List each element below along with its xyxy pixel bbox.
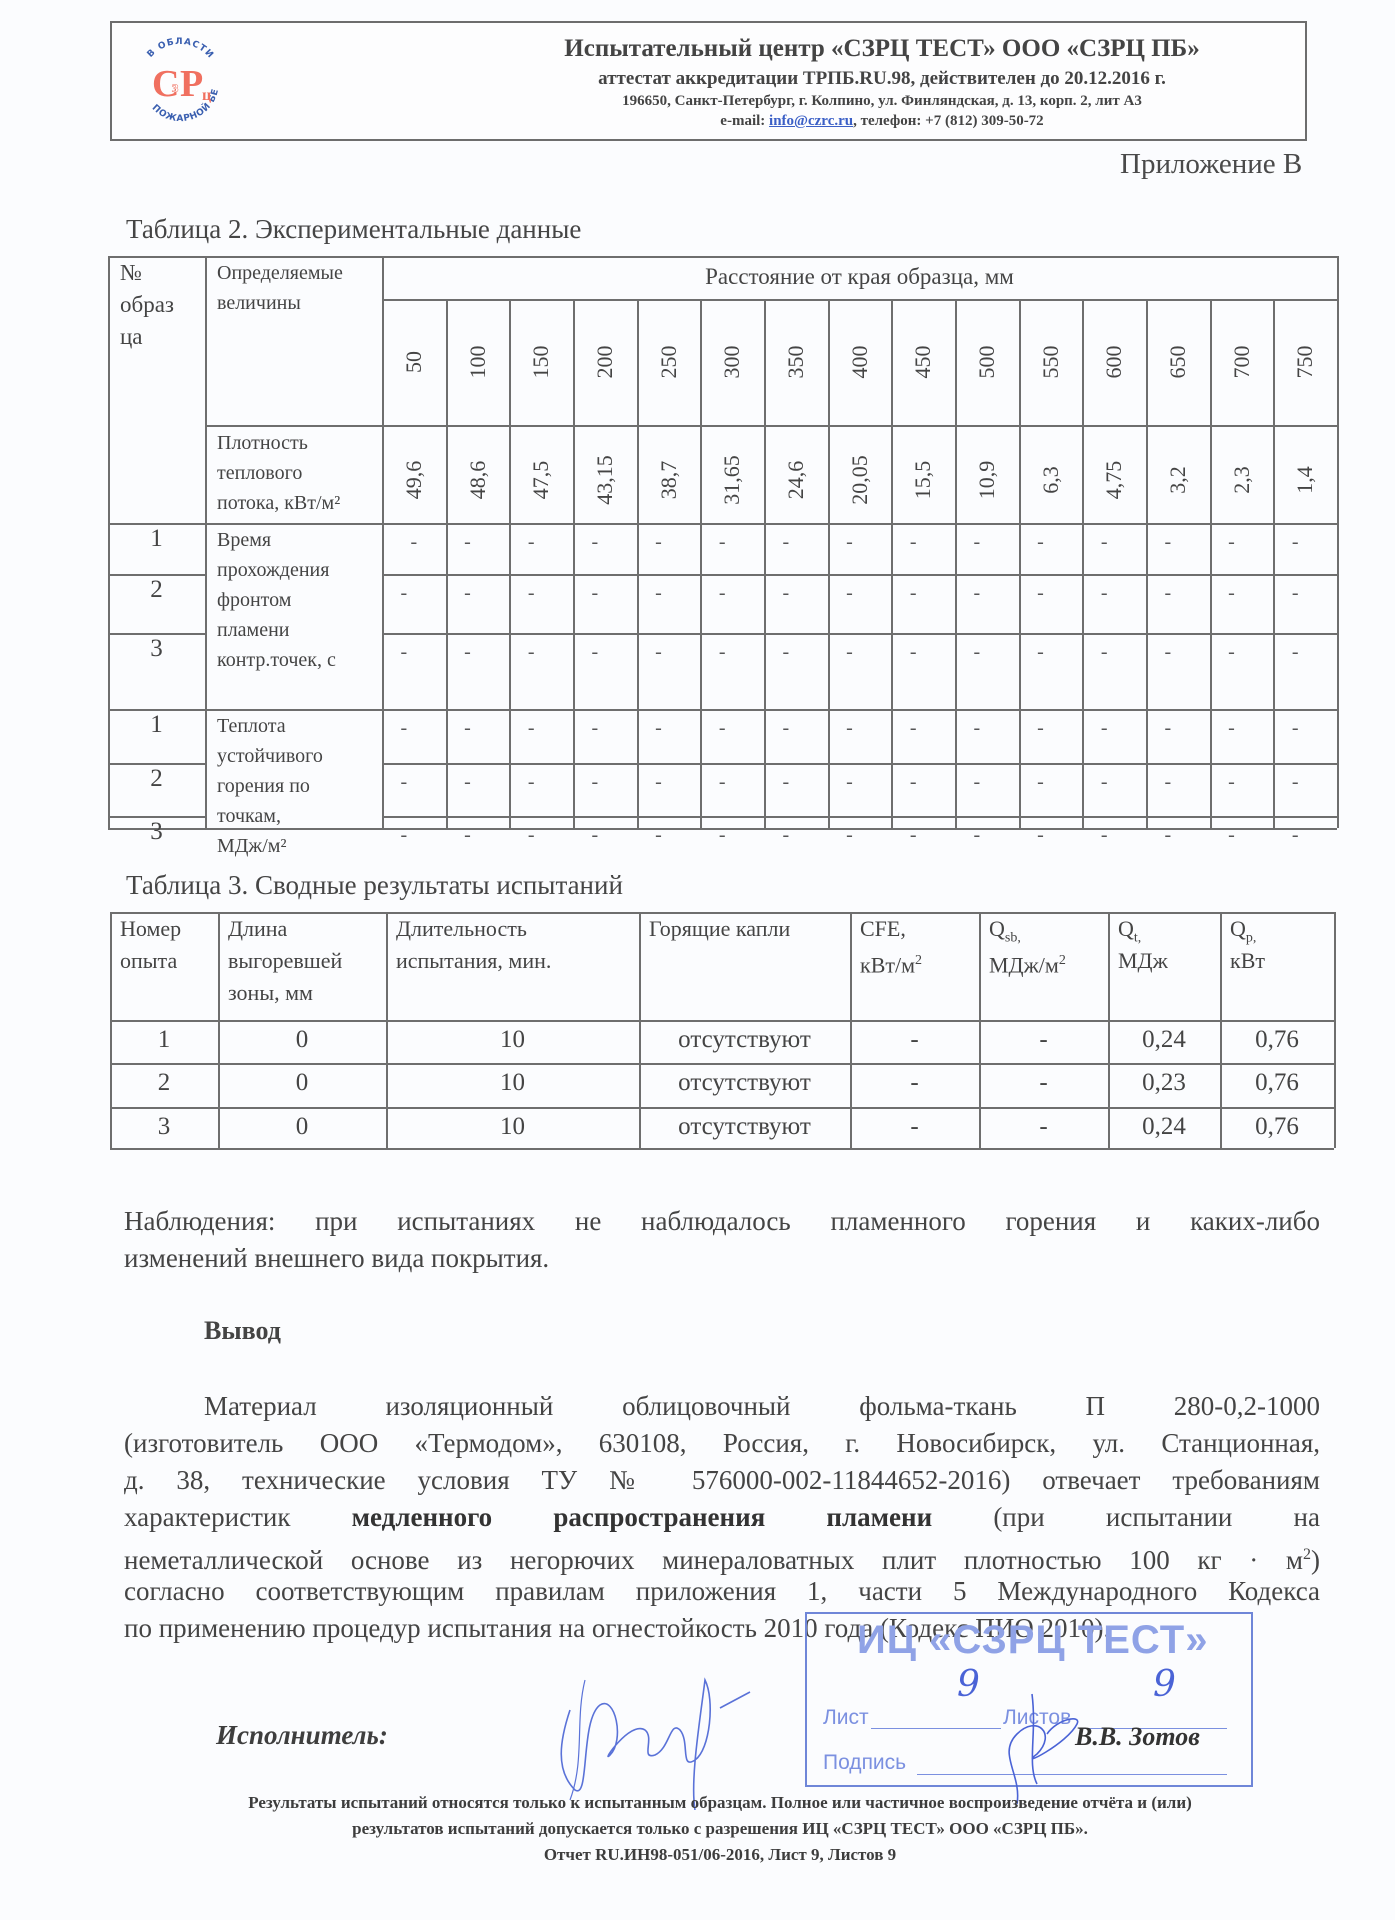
table-cell: -	[1037, 582, 1044, 605]
conclusion-paragraph: Материал изоляционный облицовочный фольм…	[124, 1388, 1320, 1647]
szrc-logo-icon: В ОБЛАСТИ ПОЖАРНОЙ БЕЗОПАСНОСТИ С з Р ц	[128, 30, 232, 134]
sample-number: 2	[108, 765, 205, 793]
table3-cell: 2	[110, 1069, 218, 1097]
table3-header: выгоревшей	[228, 946, 342, 976]
conclusion-heading: Вывод	[204, 1316, 281, 1346]
text-line: согласно соответствующим правилам прилож…	[124, 1573, 1320, 1610]
table-rule	[382, 633, 1337, 635]
table-cell: -	[1292, 582, 1299, 605]
heat-flux-value: 1,4	[1292, 466, 1318, 494]
table3-cell: отсутствуют	[639, 1026, 850, 1054]
table-cell: -	[846, 641, 853, 664]
table-cell: -	[591, 771, 598, 794]
table-cell: -	[591, 531, 598, 554]
table3-cell: 0	[218, 1069, 386, 1097]
table-cell: -	[1228, 582, 1235, 605]
table-cell: -	[846, 717, 853, 740]
heat-flux-value: 49,6	[401, 461, 427, 500]
table-cell: -	[1164, 717, 1171, 740]
table-cell: -	[910, 717, 917, 740]
table-cell: -	[719, 824, 726, 847]
table3-cell: 10	[386, 1069, 639, 1097]
table-cell: -	[655, 717, 662, 740]
table-cell: -	[846, 531, 853, 554]
table-cell: -	[655, 824, 662, 847]
table3-cell: 10	[386, 1026, 639, 1054]
email-label: e-mail:	[720, 113, 769, 129]
table-cell: -	[1101, 582, 1108, 605]
stamp-sheets-value: 9	[1153, 1664, 1176, 1705]
table-cell: -	[1228, 771, 1235, 794]
table-cell: -	[719, 771, 726, 794]
table-rule	[700, 299, 702, 828]
table-cell: -	[410, 531, 417, 554]
table-cell: -	[528, 824, 535, 847]
distance-value: 600	[1101, 346, 1127, 379]
table-cell: -	[400, 717, 407, 740]
text-line: характеристик медленного распространения…	[124, 1499, 1320, 1536]
table-rule	[382, 763, 1337, 765]
table3-cell: 0,23	[1108, 1069, 1220, 1097]
table-rule	[110, 1107, 1334, 1109]
group-label: пламени	[217, 615, 290, 645]
table-cell: -	[1164, 824, 1171, 847]
table3-header: кВт	[1230, 946, 1265, 976]
distance-value: 400	[847, 346, 873, 379]
table-cell: -	[464, 641, 471, 664]
table3-header: Горящие капли	[649, 914, 790, 944]
table-cell: -	[1164, 641, 1171, 664]
table-rule	[573, 299, 575, 828]
table-cell: -	[973, 771, 980, 794]
table-cell: -	[973, 531, 980, 554]
heat-flux-label: потока, кВт/м²	[217, 488, 340, 518]
distance-value: 550	[1038, 346, 1064, 379]
table-cell: -	[528, 771, 535, 794]
stamp-title: ИЦ «СЗРЦ ТЕСТ»	[857, 1618, 1208, 1663]
text-line: Материал изоляционный облицовочный фольм…	[124, 1388, 1320, 1425]
table-rule	[637, 299, 639, 828]
table3-cell: -	[850, 1113, 979, 1141]
heat-flux-value: 31,65	[719, 455, 745, 505]
table-cell: -	[782, 771, 789, 794]
table-cell: -	[782, 641, 789, 664]
svg-text:В ОБЛАСТИ: В ОБЛАСТИ	[146, 37, 216, 61]
table-rule	[1019, 299, 1021, 828]
stamp-sign-label: Подпись	[823, 1751, 906, 1775]
table-cell: -	[1292, 531, 1299, 554]
table-cell: -	[464, 531, 471, 554]
table-cell: -	[528, 531, 535, 554]
table-rule	[108, 709, 1337, 711]
table-cell: -	[591, 641, 598, 664]
table3-cell: 3	[110, 1113, 218, 1141]
col-quantity-header: величины	[217, 288, 301, 318]
table-cell: -	[591, 582, 598, 605]
table3-header: кВт/м2	[860, 946, 922, 980]
table3-cell: -	[850, 1026, 979, 1054]
heat-flux-label: Плотность	[217, 428, 308, 458]
table-cell: -	[464, 582, 471, 605]
contacts: e-mail: info@czrc.ru, телефон: +7 (812) …	[412, 113, 1352, 130]
footer-line: Результаты испытаний относятся только к …	[110, 1790, 1330, 1816]
table-cell: -	[400, 824, 407, 847]
table-cell: -	[910, 771, 917, 794]
table-rule	[764, 299, 766, 828]
table-rule	[509, 299, 511, 828]
table3-cell: 0	[218, 1026, 386, 1054]
appendix-label: Приложение В	[1120, 148, 1302, 181]
table2-caption: Таблица 2. Экспериментальные данные	[126, 214, 581, 245]
footer-disclaimer: Результаты испытаний относятся только к …	[110, 1790, 1330, 1868]
heat-flux-value: 3,2	[1165, 466, 1191, 494]
letterhead: Испытательный центр «СЗРЦ ТЕСТ» ООО «СЗР…	[110, 21, 1307, 141]
table-rule	[1210, 299, 1212, 828]
table-cell: -	[910, 824, 917, 847]
table3-header: CFE,	[860, 914, 906, 944]
table-cell: -	[1164, 771, 1171, 794]
table-cell: -	[973, 717, 980, 740]
table-cell: -	[400, 582, 407, 605]
heat-flux-value: 15,5	[910, 461, 936, 500]
table-cell: -	[400, 641, 407, 664]
table3-header: зоны, мм	[228, 978, 313, 1008]
distance-value: 250	[656, 346, 682, 379]
table-cell: -	[910, 582, 917, 605]
organization-title: Испытательный центр «СЗРЦ ТЕСТ» ООО «СЗР…	[412, 35, 1352, 63]
table-cell: -	[782, 531, 789, 554]
footer-line: результатов испытаний допускается только…	[110, 1816, 1330, 1842]
heat-flux-value: 38,7	[656, 461, 682, 500]
sample-number: 1	[108, 711, 205, 739]
table-cell: -	[719, 582, 726, 605]
table-rule	[110, 1063, 1334, 1065]
group-label: фронтом	[217, 585, 291, 615]
table-cell: -	[846, 582, 853, 605]
executor-name: В.В. Зотов	[1075, 1722, 1200, 1752]
distance-value: 150	[528, 346, 554, 379]
table3-header: МДж/м2	[989, 946, 1066, 980]
stamp-sheet-label: Лист	[823, 1706, 869, 1730]
table-cell: -	[782, 582, 789, 605]
table-rule	[1337, 256, 1339, 828]
table-cell: -	[846, 824, 853, 847]
table3-header: Длина	[228, 914, 287, 944]
group-label: Теплота	[217, 711, 286, 741]
heat-flux-value: 20,05	[847, 455, 873, 505]
table-cell: -	[528, 582, 535, 605]
table-cell: -	[655, 531, 662, 554]
table-rule	[382, 256, 384, 828]
stamp: ИЦ «СЗРЦ ТЕСТ» Лист 9 Листов 9 Подпись В…	[805, 1612, 1253, 1787]
table-cell: -	[464, 717, 471, 740]
table3-cell: отсутствуют	[639, 1069, 850, 1097]
group-label: МДж/м²	[217, 831, 286, 861]
table-cell: -	[719, 717, 726, 740]
table-cell: -	[528, 717, 535, 740]
table3-cell: 1	[110, 1026, 218, 1054]
table-rule	[446, 299, 448, 828]
table-rule	[828, 299, 830, 828]
sample-number: 3	[108, 635, 205, 663]
table-cell: -	[846, 771, 853, 794]
address: 196650, Санкт-Петербург, г. Колпино, ул.…	[412, 93, 1352, 110]
table-cell: -	[1037, 824, 1044, 847]
svg-text:з: з	[172, 79, 179, 96]
text-line: неметаллической основе из негорючих мине…	[124, 1536, 1320, 1573]
table-cell: -	[973, 824, 980, 847]
distance-value: 500	[974, 346, 1000, 379]
heat-flux-label: теплового	[217, 458, 302, 488]
heat-flux-value: 43,15	[592, 455, 618, 505]
table-cell: -	[910, 531, 917, 554]
table-cell: -	[1101, 641, 1108, 664]
table-cell: -	[1037, 641, 1044, 664]
table-cell: -	[655, 582, 662, 605]
table3-cell: -	[979, 1069, 1108, 1097]
group-label: устойчивого	[217, 741, 323, 771]
phone: , телефон: +7 (812) 309-50-72	[853, 113, 1044, 129]
email-link[interactable]: info@czrc.ru	[769, 113, 853, 129]
table-cell: -	[782, 717, 789, 740]
table-cell: -	[1037, 717, 1044, 740]
table-rule	[382, 816, 1337, 818]
performer-label: Исполнитель:	[216, 1720, 388, 1751]
table3-header: Номер	[120, 914, 181, 944]
table3-header: МДж	[1118, 946, 1168, 976]
table3-header: испытания, мин.	[396, 946, 551, 976]
distance-value: 200	[592, 346, 618, 379]
table-cell: -	[719, 641, 726, 664]
distance-value: 450	[910, 346, 936, 379]
svg-text:ц: ц	[202, 87, 211, 104]
table3-cell: 0,76	[1220, 1026, 1334, 1054]
table-cell: -	[1292, 824, 1299, 847]
distance-value: 50	[401, 351, 427, 373]
sample-number: 3	[108, 818, 205, 846]
table-rule	[1082, 299, 1084, 828]
table-cell: -	[464, 824, 471, 847]
table3-cell: -	[979, 1113, 1108, 1141]
heat-flux-value: 24,6	[783, 461, 809, 500]
table-rule	[382, 299, 1337, 301]
text-line: Наблюдения: при испытаниях не наблюдалос…	[124, 1203, 1320, 1240]
distance-value: 650	[1165, 346, 1191, 379]
col-sample-header: образ	[120, 290, 174, 320]
table3-cell: 0,76	[1220, 1069, 1334, 1097]
table-cell: -	[464, 771, 471, 794]
table3-header: Длительность	[396, 914, 527, 944]
table-rule	[205, 425, 1337, 427]
table-cell: -	[1228, 641, 1235, 664]
heat-flux-value: 2,3	[1229, 466, 1255, 494]
table3-header: опыта	[120, 946, 177, 976]
table-rule	[1334, 912, 1336, 1148]
accreditation: аттестат аккредитации ТРПБ.RU.98, действ…	[412, 68, 1352, 90]
table-rule	[891, 299, 893, 828]
heat-flux-value: 47,5	[528, 461, 554, 500]
table3-cell: 0,24	[1108, 1113, 1220, 1141]
table3-cell: 0	[218, 1113, 386, 1141]
table-cell: -	[1292, 641, 1299, 664]
table-cell: -	[1101, 717, 1108, 740]
table3-cell: 0,24	[1108, 1026, 1220, 1054]
table-cell: -	[591, 824, 598, 847]
distance-header: Расстояние от края образца, мм	[382, 264, 1337, 290]
table-cell: -	[400, 771, 407, 794]
table-cell: -	[1292, 771, 1299, 794]
sample-number: 2	[108, 576, 205, 604]
text-line: изменений внешнего вида покрытия.	[124, 1240, 1320, 1277]
table3-caption: Таблица 3. Сводные результаты испытаний	[126, 870, 623, 901]
table-cell: -	[973, 641, 980, 664]
table-cell: -	[1164, 582, 1171, 605]
table-cell: -	[1228, 717, 1235, 740]
heat-flux-value: 48,6	[465, 461, 491, 500]
footer-line: Отчет RU.ИН98-051/06-2016, Лист 9, Листо…	[110, 1842, 1330, 1868]
table3-cell: отсутствуют	[639, 1113, 850, 1141]
col-sample-header: №	[120, 258, 142, 288]
table-rule	[110, 1148, 1334, 1150]
table-cell: -	[1037, 531, 1044, 554]
handwritten-signature-icon	[530, 1660, 770, 1810]
table-cell: -	[1164, 531, 1171, 554]
table-rule	[205, 256, 207, 828]
table-cell: -	[591, 717, 598, 740]
table-cell: -	[1292, 717, 1299, 740]
group-label: горения по	[217, 771, 310, 801]
table-rule	[955, 299, 957, 828]
group-label: прохождения	[217, 555, 329, 585]
table-cell: -	[1228, 531, 1235, 554]
table-rule	[1273, 299, 1275, 828]
heat-flux-value: 4,75	[1101, 461, 1127, 500]
group-label: точкам,	[217, 801, 281, 831]
text-line: (изготовитель ООО «Термодом», 630108, Ро…	[124, 1425, 1320, 1462]
table-cell: -	[1101, 771, 1108, 794]
table3-cell: 0,76	[1220, 1113, 1334, 1141]
table-cell: -	[1101, 531, 1108, 554]
text-line: д. 38, технические условия ТУ № 576000-0…	[124, 1462, 1320, 1499]
table-cell: -	[655, 771, 662, 794]
distance-value: 350	[783, 346, 809, 379]
table3-cell: -	[850, 1069, 979, 1097]
svg-text:Р: Р	[180, 63, 203, 105]
heat-flux-value: 6,3	[1038, 466, 1064, 494]
table-rule	[382, 574, 1337, 576]
col-quantity-header: Определяемые	[217, 258, 343, 288]
table3-cell: -	[979, 1026, 1108, 1054]
table-cell: -	[1101, 824, 1108, 847]
table-cell: -	[719, 531, 726, 554]
table-cell: -	[973, 582, 980, 605]
heat-flux-value: 10,9	[974, 461, 1000, 500]
table-cell: -	[782, 824, 789, 847]
table-cell: -	[1228, 824, 1235, 847]
distance-value: 300	[719, 346, 745, 379]
table-cell: -	[655, 641, 662, 664]
table3-cell: 10	[386, 1113, 639, 1141]
table-rule	[108, 523, 1337, 525]
distance-value: 700	[1229, 346, 1255, 379]
table-cell: -	[1037, 771, 1044, 794]
distance-value: 100	[465, 346, 491, 379]
table-rule	[110, 1020, 1334, 1022]
table-cell: -	[910, 641, 917, 664]
sample-number: 1	[108, 525, 205, 553]
table-cell: -	[528, 641, 535, 664]
group-label: контр.точек, с	[217, 645, 336, 675]
col-sample-header: ца	[120, 322, 143, 352]
group-label: Время	[217, 525, 271, 555]
distance-value: 750	[1292, 346, 1318, 379]
table-rule	[1146, 299, 1148, 828]
observations-paragraph: Наблюдения: при испытаниях не наблюдалос…	[124, 1203, 1320, 1277]
